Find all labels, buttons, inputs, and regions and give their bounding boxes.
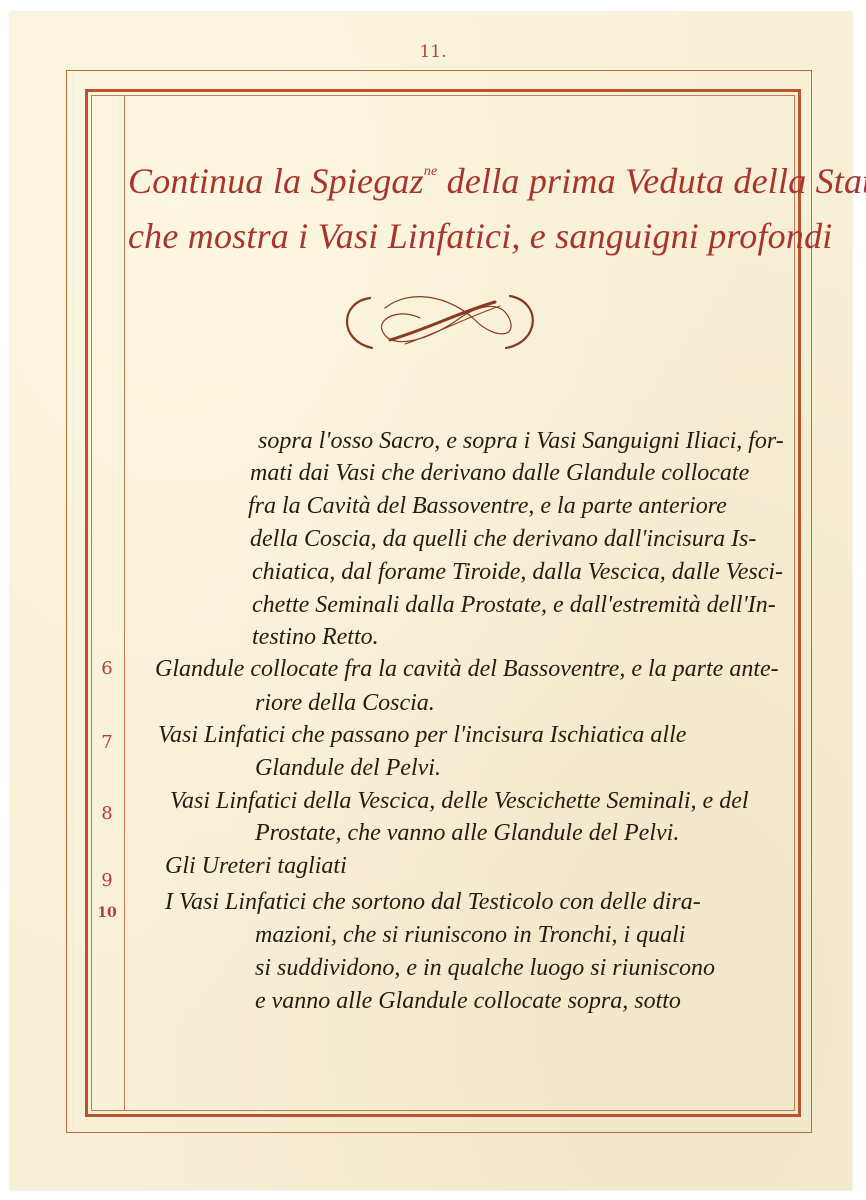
entry-line: Gli Ureteri tagliati xyxy=(165,853,347,880)
text-line: della Coscia, da quelli che derivano dal… xyxy=(250,526,756,553)
entry-line: Vasi Linfatici che passano per l'incisur… xyxy=(158,722,686,749)
margin-number: 9 xyxy=(92,870,122,891)
entry-line: Prostate, che vanno alle Glandule del Pe… xyxy=(255,820,679,847)
margin-rule xyxy=(124,95,125,1111)
text-line: sopra l'osso Sacro, e sopra i Vasi Sangu… xyxy=(258,428,784,455)
title-text: della prima Veduta della Statua xyxy=(437,161,866,201)
text-line: chette Seminali dalla Prostate, e dall'e… xyxy=(252,592,776,619)
title-line-1: Continua la Spiegazne della prima Veduta… xyxy=(128,160,798,202)
text-line: chiatica, dal forame Tiroide, dalla Vesc… xyxy=(252,559,783,586)
abbreviation-superscript: ne xyxy=(424,164,438,179)
text-line: mati dai Vasi che derivano dalle Glandul… xyxy=(250,460,749,487)
margin-number: 8 xyxy=(92,803,122,824)
text-line: testino Retto. xyxy=(252,624,379,651)
flourish-icon xyxy=(330,288,550,358)
margin-number: 6 xyxy=(92,658,122,679)
entry-line: Glandule collocate fra la cavità del Bas… xyxy=(155,656,779,683)
margin-number: 7 xyxy=(92,732,122,753)
entry-line: riore della Coscia. xyxy=(255,690,435,717)
entry-line: si suddividono, e in qualche luogo si ri… xyxy=(255,955,715,982)
title-line-2: che mostra i Vasi Linfatici, e sanguigni… xyxy=(128,215,798,257)
entry-line: Vasi Linfatici della Vescica, delle Vesc… xyxy=(170,788,749,815)
entry-line: e vanno alle Glandule collocate sopra, s… xyxy=(255,988,681,1015)
page-number: 11. xyxy=(0,42,866,62)
entry-line: I Vasi Linfatici che sortono dal Testico… xyxy=(165,889,701,916)
entry-line: Glandule del Pelvi. xyxy=(255,755,441,782)
entry-line: mazioni, che si riuniscono in Tronchi, i… xyxy=(255,922,685,949)
text-line: fra la Cavità del Bassoventre, e la part… xyxy=(248,493,727,520)
title-text: Continua la Spiegaz xyxy=(128,161,424,201)
margin-number: 10 xyxy=(92,905,122,921)
